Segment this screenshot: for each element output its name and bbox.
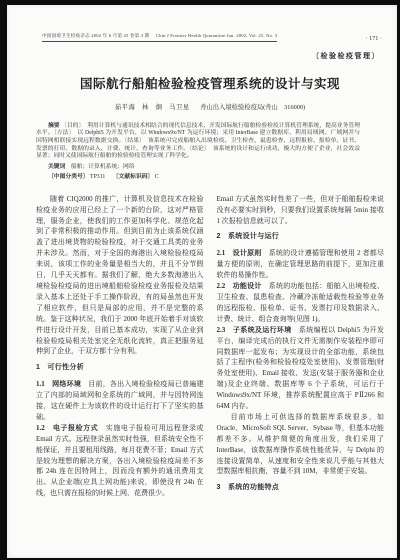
abstract: 摘要 〔目的〕 利用计算机与通讯技术相结合的现代信息技术，开发国际航行船舶检验检… [36,123,384,162]
keywords: 关键词 船舶；计算机系统；网络 [36,163,384,171]
clc-value: TP311 [90,174,105,180]
running-head: 中国国境卫生检疫杂志 2002 年 6 月第 25 卷第 3 期 Chin J … [42,33,382,42]
body-columns: 随着 CIQ2000 的推广，计算机及信息技术在检验检疫业务的应用已经上了一个新… [36,194,384,500]
paragraph: 2.1 设计原则 系统的设计遵循管理和使用 2 者都尽量方便的原则，在确定管理思… [217,248,385,281]
paragraph: 1.2 电子报检方式 实施电子报检可用远程登录或 Email 方式。远程登录虽然… [36,423,204,499]
journal-citation: 中国国境卫生检疫杂志 2002 年 6 月第 25 卷第 3 期 Chin J … [42,33,277,42]
authors: 茹平海 林 炯 马卫星 [115,104,190,111]
section-heading: 1 可行性分析 [36,363,204,374]
doc-code-value: C [155,174,159,180]
article-title: 国际航行船舶检验检疫管理系统的设计与实现 [36,74,384,92]
clc-label: 〔中图分类号〕 [48,174,89,180]
keywords-text: 船舶；计算机系统；网络 [71,164,135,170]
affiliation: 舟山出入境检验检疫局(舟山 316000) [200,104,305,111]
doc-code-label: 〔文献标识码〕 [113,174,154,180]
byline: 茹平海 林 炯 马卫星 舟山出入境检验检疫局(舟山 316000) [36,102,384,111]
abstract-label: 摘要 [48,123,60,129]
abstract-text: 〔目的〕 利用计算机与通讯技术相结合的现代信息技术，开发国际航行船舶检验检疫计算… [36,123,360,160]
paragraph: 目前市场上可供选择的数据库系统很多，如 Oracle、MicroSoft SQL… [217,412,385,477]
paragraph: 1.1 网络环境 目前，各出入境检验检疫局已普遍建立了内部的局域网和全系统的广域… [36,379,204,423]
keywords-label: 关键词 [48,164,65,170]
classification-line: 〔中图分类号〕 TP311 〔文献标识码〕 C [36,173,384,181]
paragraph: 随着 CIQ2000 的推广，计算机及信息技术在检验检疫业务的应用已经上了一个新… [36,194,204,358]
scanned-page: 中国国境卫生检疫杂志 2002 年 6 月第 25 卷第 3 期 Chin J … [0,0,400,560]
journal-name-en: Chin J Frontier Health Quarantine Jun. 2… [156,33,278,38]
page-number: · 171 · [366,35,383,42]
right-column: Email 方式虽然实时性差了一些，但对于船舶报检来说没有必要实时到秒，只要我们… [217,194,385,500]
left-column: 随着 CIQ2000 的推广，计算机及信息技术在检验检疫业务的应用已经上了一个新… [36,194,204,500]
article-category: 〔检验检疫管理〕 [36,51,380,61]
paper-page: 中国国境卫生检疫杂志 2002 年 6 月第 25 卷第 3 期 Chin J … [7,5,397,558]
section-heading: 3 系统的功能特点 [217,483,385,494]
paragraph: 2.2 功能设计 系统的功能包括：船舶入出境检疫、卫生检查、鼠患检查、冷藏冷冻舱… [217,281,385,325]
section-heading: 2 系统设计与运行 [217,232,385,243]
paragraph: Email 方式虽然实时性差了一些，但对于船舶报检来说没有必要实时到秒，只要我们… [217,194,385,227]
journal-name-cn: 中国国境卫生检疫杂志 2002 年 6 月第 25 卷第 3 期 [42,33,149,38]
paragraph: 2.3 子系统及运行环境 系统编程以 Delphi5 为开发平台，编译完成后的执… [217,325,385,412]
